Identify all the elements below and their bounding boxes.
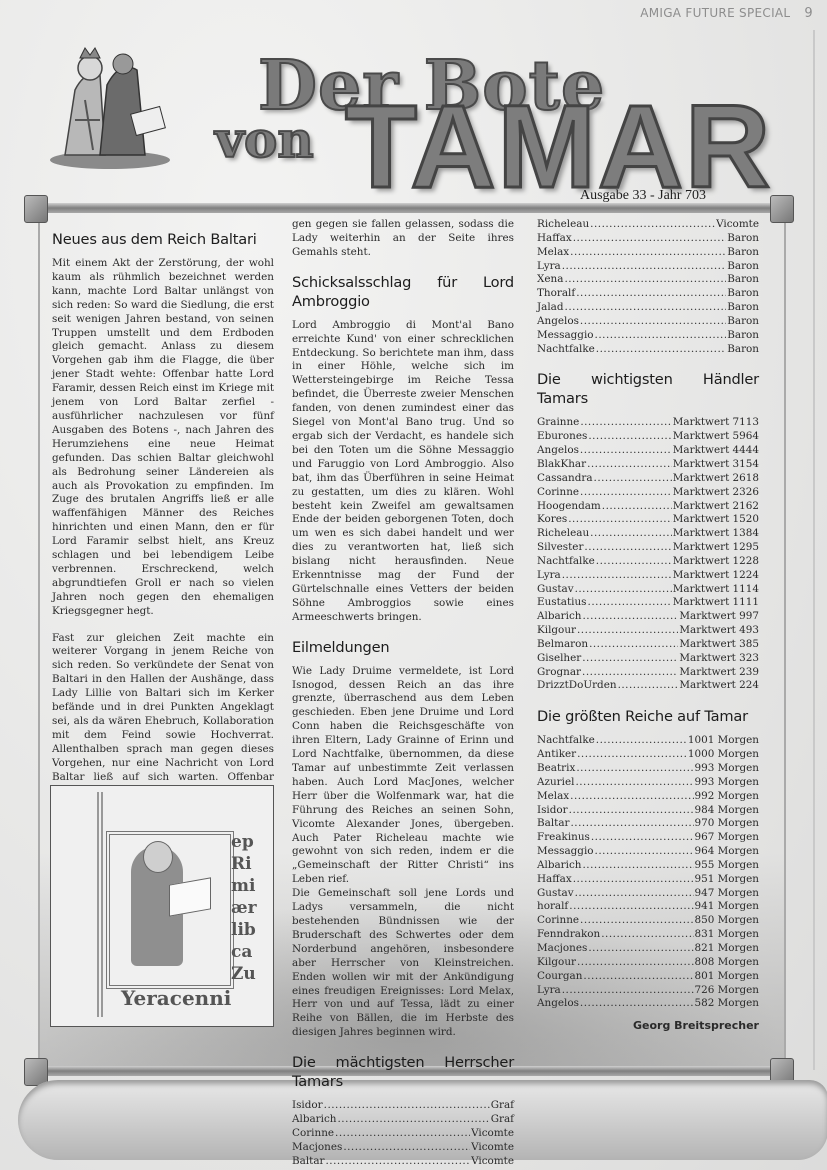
dot-leader	[577, 956, 694, 970]
rulers-list: IsidorGraf AlbarichGraf CorinneVicomte M…	[292, 1099, 514, 1168]
dot-leader	[595, 845, 694, 859]
entry-name: BlakKhar	[537, 458, 586, 472]
list-item: Isidor984 Morgen	[537, 804, 759, 818]
entry-name: Lyra	[537, 984, 561, 998]
entry-value: 984 Morgen	[695, 804, 760, 818]
list-item: horalf941 Morgen	[537, 900, 759, 914]
gothic-line: ep	[231, 831, 271, 853]
dot-leader	[618, 679, 679, 693]
entry-value: Marktwert 1114	[673, 583, 759, 597]
entry-value: 955 Morgen	[695, 859, 760, 873]
list-item: NachtfalkeBaron	[537, 343, 759, 357]
list-item: Antiker1000 Morgen	[537, 748, 759, 762]
dot-leader	[580, 914, 693, 928]
entry-value: Baron	[727, 260, 759, 274]
list-item: Courgan801 Morgen	[537, 970, 759, 984]
gothic-line: ær	[231, 897, 271, 919]
realms-list: Nachtfalke1001 Morgen Antiker1000 Morgen…	[537, 734, 759, 1011]
entry-value: Marktwert 5964	[673, 430, 759, 444]
entry-value: Baron	[727, 301, 759, 315]
entry-name: Antiker	[537, 748, 576, 762]
dot-leader	[582, 652, 678, 666]
dot-leader	[576, 287, 726, 301]
dot-leader	[588, 596, 672, 610]
dot-leader	[324, 1099, 490, 1113]
list-item: AngelosMarktwert 4444	[537, 444, 759, 458]
entry-value: 967 Morgen	[695, 831, 760, 845]
list-item: CorinneVicomte	[292, 1127, 514, 1141]
column-2: gen gegen sie fallen gelassen, sodass di…	[292, 218, 514, 1170]
dot-leader	[587, 458, 672, 472]
entry-value: Baron	[727, 343, 759, 357]
rod-knob-icon	[770, 195, 794, 223]
gothic-line: Ri	[231, 853, 271, 875]
entry-name: Albarich	[537, 610, 581, 624]
entry-value: Vicomte	[471, 1155, 514, 1169]
traders-list: GrainneMarktwert 7113 EburonesMarktwert …	[537, 416, 759, 693]
masthead-title-von: von	[215, 110, 314, 169]
dot-leader	[565, 301, 727, 315]
entry-name: Hoogendam	[537, 500, 601, 514]
dot-leader	[582, 610, 678, 624]
entry-value: Marktwert 1228	[673, 555, 759, 569]
robed-figures-illustration	[45, 40, 180, 170]
entry-value: 993 Morgen	[695, 776, 760, 790]
dot-leader	[562, 984, 694, 998]
entry-value: Marktwert 224	[679, 679, 759, 693]
entry-value: Vicomte	[471, 1127, 514, 1141]
entry-value: 582 Morgen	[695, 997, 760, 1011]
entry-value: Baron	[727, 232, 759, 246]
article-paragraph: Mit einem Akt der Zerstörung, der wohl k…	[52, 257, 274, 619]
entry-value: Marktwert 1111	[673, 596, 759, 610]
page-number: 9	[804, 6, 813, 21]
list-item: Baltar970 Morgen	[537, 817, 759, 831]
entry-name: Thoralf	[537, 287, 575, 301]
entry-name: Richeleau	[537, 527, 589, 541]
list-item: MessaggioBaron	[537, 329, 759, 343]
list-item: RicheleauVicomte	[537, 218, 759, 232]
entry-name: Melax	[537, 246, 569, 260]
list-item: BelmaronMarktwert 385	[537, 638, 759, 652]
scroll-rod-top	[30, 203, 788, 213]
entry-name: Lyra	[537, 569, 561, 583]
entry-name: Eustatius	[537, 596, 587, 610]
entry-value: 850 Morgen	[695, 914, 760, 928]
dot-leader	[583, 970, 693, 984]
entry-name: Lyra	[537, 260, 561, 274]
entry-value: Marktwert 2326	[673, 486, 759, 500]
list-item: CorinneMarktwert 2326	[537, 486, 759, 500]
list-item: Beatrix993 Morgen	[537, 762, 759, 776]
article-paragraph: Die Gemeinschaft soll jene Lords und Lad…	[292, 887, 514, 1040]
entry-value: 951 Morgen	[695, 873, 760, 887]
article-paragraph: Lord Ambroggio di Mont'al Bano erreichte…	[292, 319, 514, 625]
entry-name: Fenndrakon	[537, 928, 600, 942]
entry-name: Nachtfalke	[537, 343, 595, 357]
entry-value: 1000 Morgen	[688, 748, 759, 762]
list-item: RicheleauMarktwert 1384	[537, 527, 759, 541]
page-edge	[813, 30, 815, 1070]
dot-leader	[568, 513, 672, 527]
list-item: Angelos582 Morgen	[537, 997, 759, 1011]
entry-name: Macjones	[537, 942, 587, 956]
manuscript-illustration: ep Ri mi ær lib ca Zu Yeracenni	[50, 785, 274, 1027]
magazine-name: AMIGA FUTURE SPECIAL	[640, 6, 790, 20]
entry-name: Melax	[537, 790, 569, 804]
traders-heading: Die wichtigsten Händler Tamars	[537, 370, 759, 408]
dot-leader	[577, 748, 687, 762]
entry-name: Grainne	[537, 416, 579, 430]
entry-name: Grognar	[537, 666, 581, 680]
dot-leader	[590, 218, 715, 232]
list-item: AngelosBaron	[537, 315, 759, 329]
entry-name: Courgan	[537, 970, 582, 984]
entry-name: Gustav	[537, 583, 574, 597]
dot-leader	[589, 638, 678, 652]
entry-name: Baltar	[292, 1155, 325, 1169]
entry-value: Marktwert 1520	[673, 513, 759, 527]
rulers-list-continued: RicheleauVicomte HaffaxBaron MelaxBaron …	[537, 218, 759, 356]
entry-name: horalf	[537, 900, 568, 914]
entry-name: Xena	[537, 273, 563, 287]
list-item: CassandraMarktwert 2618	[537, 472, 759, 486]
entry-value: Marktwert 239	[679, 666, 759, 680]
dot-leader	[601, 928, 693, 942]
entry-value: 947 Morgen	[695, 887, 760, 901]
entry-name: Richeleau	[537, 218, 589, 232]
entry-value: Marktwert 385	[679, 638, 759, 652]
gothic-line: lib	[231, 919, 271, 941]
column-3: RicheleauVicomte HaffaxBaron MelaxBaron …	[537, 218, 759, 1033]
list-item: LyraBaron	[537, 260, 759, 274]
article-heading-eilmeldungen: Eilmeldungen	[292, 638, 514, 657]
dot-leader	[596, 555, 672, 569]
dot-leader	[588, 942, 693, 956]
list-item: Kilgour808 Morgen	[537, 956, 759, 970]
dot-leader	[595, 329, 727, 343]
masthead-title-tamar: TAMAR	[345, 88, 772, 206]
entry-name: Kores	[537, 513, 567, 527]
realms-heading: Die größten Reiche auf Tamar	[537, 707, 759, 726]
list-item: MacjonesVicomte	[292, 1141, 514, 1155]
gothic-line: Zu	[231, 963, 271, 985]
dot-leader	[562, 569, 672, 583]
dot-leader	[575, 776, 693, 790]
dot-leader	[590, 527, 672, 541]
entry-name: Corinne	[292, 1127, 334, 1141]
entry-name: Azuriel	[537, 776, 574, 790]
entry-value: Graf	[491, 1113, 514, 1127]
article-heading-baltari: Neues aus dem Reich Baltari	[52, 230, 274, 249]
running-header: AMIGA FUTURE SPECIAL9	[640, 6, 813, 21]
entry-name: Angelos	[537, 315, 579, 329]
entry-value: 821 Morgen	[695, 942, 760, 956]
entry-value: Marktwert 7113	[673, 416, 759, 430]
entry-name: Isidor	[292, 1099, 323, 1113]
list-item: EustatiusMarktwert 1111	[537, 596, 759, 610]
entry-value: 1001 Morgen	[688, 734, 759, 748]
entry-name: Gustav	[537, 887, 574, 901]
list-item: Fenndrakon831 Morgen	[537, 928, 759, 942]
scribe-head	[143, 841, 173, 873]
list-item: ThoralfBaron	[537, 287, 759, 301]
entry-value: Graf	[491, 1099, 514, 1113]
list-item: Gustav947 Morgen	[537, 887, 759, 901]
entry-name: Silvester	[537, 541, 583, 555]
dot-leader	[588, 430, 671, 444]
list-item: Corinne850 Morgen	[537, 914, 759, 928]
entry-name: Albarich	[292, 1113, 336, 1127]
list-item: IsidorGraf	[292, 1099, 514, 1113]
dot-leader	[326, 1155, 471, 1169]
entry-name: Cassandra	[537, 472, 593, 486]
entry-name: Macjones	[292, 1141, 342, 1155]
list-item: Melax992 Morgen	[537, 790, 759, 804]
dot-leader	[580, 444, 672, 458]
list-item: Macjones821 Morgen	[537, 942, 759, 956]
dot-leader	[570, 246, 726, 260]
list-item: Nachtfalke1001 Morgen	[537, 734, 759, 748]
entry-name: Kilgour	[537, 956, 576, 970]
entry-value: 831 Morgen	[695, 928, 760, 942]
entry-value: Baron	[727, 315, 759, 329]
list-item: GiselherMarktwert 323	[537, 652, 759, 666]
list-item: Lyra726 Morgen	[537, 984, 759, 998]
ornament-vine	[57, 792, 103, 1017]
entry-name: Nachtfalke	[537, 555, 595, 569]
entry-name: Nachtfalke	[537, 734, 595, 748]
list-item: Haffax951 Morgen	[537, 873, 759, 887]
dot-leader	[570, 790, 693, 804]
entry-value: 970 Morgen	[695, 817, 760, 831]
entry-name: Angelos	[537, 444, 579, 458]
list-item: GrainneMarktwert 7113	[537, 416, 759, 430]
dot-leader	[580, 416, 671, 430]
list-item: HaffaxBaron	[537, 232, 759, 246]
list-item: AlbarichGraf	[292, 1113, 514, 1127]
article-paragraph: Wie Lady Druime vermeldete, ist Lord Isn…	[292, 665, 514, 888]
entry-value: Marktwert 997	[679, 610, 759, 624]
dot-leader	[575, 583, 672, 597]
list-item: AlbarichMarktwert 997	[537, 610, 759, 624]
gothic-line: mi	[231, 875, 271, 897]
entry-name: Haffax	[537, 232, 572, 246]
entry-value: 993 Morgen	[695, 762, 760, 776]
entry-value: 964 Morgen	[695, 845, 760, 859]
dot-leader	[594, 472, 672, 486]
dot-leader	[580, 997, 694, 1011]
entry-value: Marktwert 2618	[673, 472, 759, 486]
dot-leader	[596, 343, 726, 357]
entry-name: Jalad	[537, 301, 564, 315]
list-item: JaladBaron	[537, 301, 759, 315]
list-item: BaltarVicomte	[292, 1155, 514, 1169]
dot-leader	[335, 1127, 470, 1141]
entry-name: Messaggio	[537, 329, 594, 343]
dot-leader	[580, 486, 672, 500]
rod-knob-icon	[24, 195, 48, 223]
list-item: XenaBaron	[537, 273, 759, 287]
issue-info: Ausgabe 33 - Jahr 703	[580, 188, 706, 204]
entry-value: Marktwert 2162	[673, 500, 759, 514]
entry-value: Marktwert 1224	[673, 569, 759, 583]
entry-name: Corinne	[537, 914, 579, 928]
entry-name: Isidor	[537, 804, 568, 818]
list-item: LyraMarktwert 1224	[537, 569, 759, 583]
entry-name: DrizztDoUrden	[537, 679, 617, 693]
dot-leader	[337, 1113, 489, 1127]
entry-value: 726 Morgen	[695, 984, 760, 998]
dot-leader	[569, 900, 693, 914]
entry-name: Haffax	[537, 873, 572, 887]
rulers-heading: Die mächtigsten Herrscher Tamars	[292, 1053, 514, 1091]
dot-leader	[576, 762, 693, 776]
entry-value: Baron	[727, 246, 759, 260]
list-item: DrizztDoUrdenMarktwert 224	[537, 679, 759, 693]
dot-leader	[580, 315, 726, 329]
entry-value: Vicomte	[471, 1141, 514, 1155]
list-item: Albarich955 Morgen	[537, 859, 759, 873]
list-item: EburonesMarktwert 5964	[537, 430, 759, 444]
dot-leader	[591, 831, 694, 845]
entry-value: 941 Morgen	[695, 900, 760, 914]
list-item: KoresMarktwert 1520	[537, 513, 759, 527]
list-item: GrognarMarktwert 239	[537, 666, 759, 680]
entry-name: Messaggio	[537, 845, 594, 859]
entry-value: 992 Morgen	[695, 790, 760, 804]
entry-value: Marktwert 1384	[673, 527, 759, 541]
dot-leader	[573, 232, 727, 246]
entry-value: Marktwert 323	[679, 652, 759, 666]
entry-name: Beatrix	[537, 762, 575, 776]
entry-value: Baron	[727, 329, 759, 343]
list-item: HoogendamMarktwert 2162	[537, 500, 759, 514]
entry-value: 808 Morgen	[695, 956, 760, 970]
dot-leader	[577, 624, 678, 638]
list-item: SilvesterMarktwert 1295	[537, 541, 759, 555]
entry-value: Baron	[727, 273, 759, 287]
article-heading-ambroggio: Schicksalsschlag für Lord Ambroggio	[292, 273, 514, 311]
gothic-line: ca	[231, 941, 271, 963]
article-paragraph: gen gegen sie fallen gelassen, sodass di…	[292, 218, 514, 260]
list-item: GustavMarktwert 1114	[537, 583, 759, 597]
list-item: NachtfalkeMarktwert 1228	[537, 555, 759, 569]
dot-leader	[584, 541, 671, 555]
entry-value: Marktwert 3154	[673, 458, 759, 472]
entry-value: Marktwert 1295	[673, 541, 759, 555]
dot-leader	[602, 500, 672, 514]
gothic-script: ep Ri mi ær lib ca Zu	[231, 831, 271, 985]
entry-name: Angelos	[537, 997, 579, 1011]
dot-leader	[582, 859, 693, 873]
entry-name: Belmaron	[537, 638, 588, 652]
entry-value: 801 Morgen	[695, 970, 760, 984]
entry-value: Marktwert 4444	[673, 444, 759, 458]
dot-leader	[596, 734, 687, 748]
entry-name: Freakinus	[537, 831, 590, 845]
dot-leader	[575, 887, 694, 901]
author-byline: Georg Breitsprecher	[537, 1019, 759, 1033]
entry-name: Albarich	[537, 859, 581, 873]
dot-leader	[582, 666, 678, 680]
list-item: Freakinus967 Morgen	[537, 831, 759, 845]
dot-leader	[569, 804, 694, 818]
entry-name: Corinne	[537, 486, 579, 500]
entry-name: Baltar	[537, 817, 570, 831]
entry-value: Vicomte	[716, 218, 759, 232]
entry-value: Marktwert 493	[679, 624, 759, 638]
dot-leader	[343, 1141, 470, 1155]
list-item: KilgourMarktwert 493	[537, 624, 759, 638]
list-item: MelaxBaron	[537, 246, 759, 260]
dot-leader	[573, 873, 694, 887]
list-item: BlakKharMarktwert 3154	[537, 458, 759, 472]
list-item: Azuriel993 Morgen	[537, 776, 759, 790]
list-item: Messaggio964 Morgen	[537, 845, 759, 859]
entry-name: Kilgour	[537, 624, 576, 638]
entry-value: Baron	[727, 287, 759, 301]
entry-name: Eburones	[537, 430, 587, 444]
gothic-script-bottom: Yeracenni	[121, 986, 231, 1010]
dot-leader	[571, 817, 694, 831]
entry-name: Giselher	[537, 652, 581, 666]
dot-leader	[562, 260, 727, 274]
dot-leader	[564, 273, 726, 287]
